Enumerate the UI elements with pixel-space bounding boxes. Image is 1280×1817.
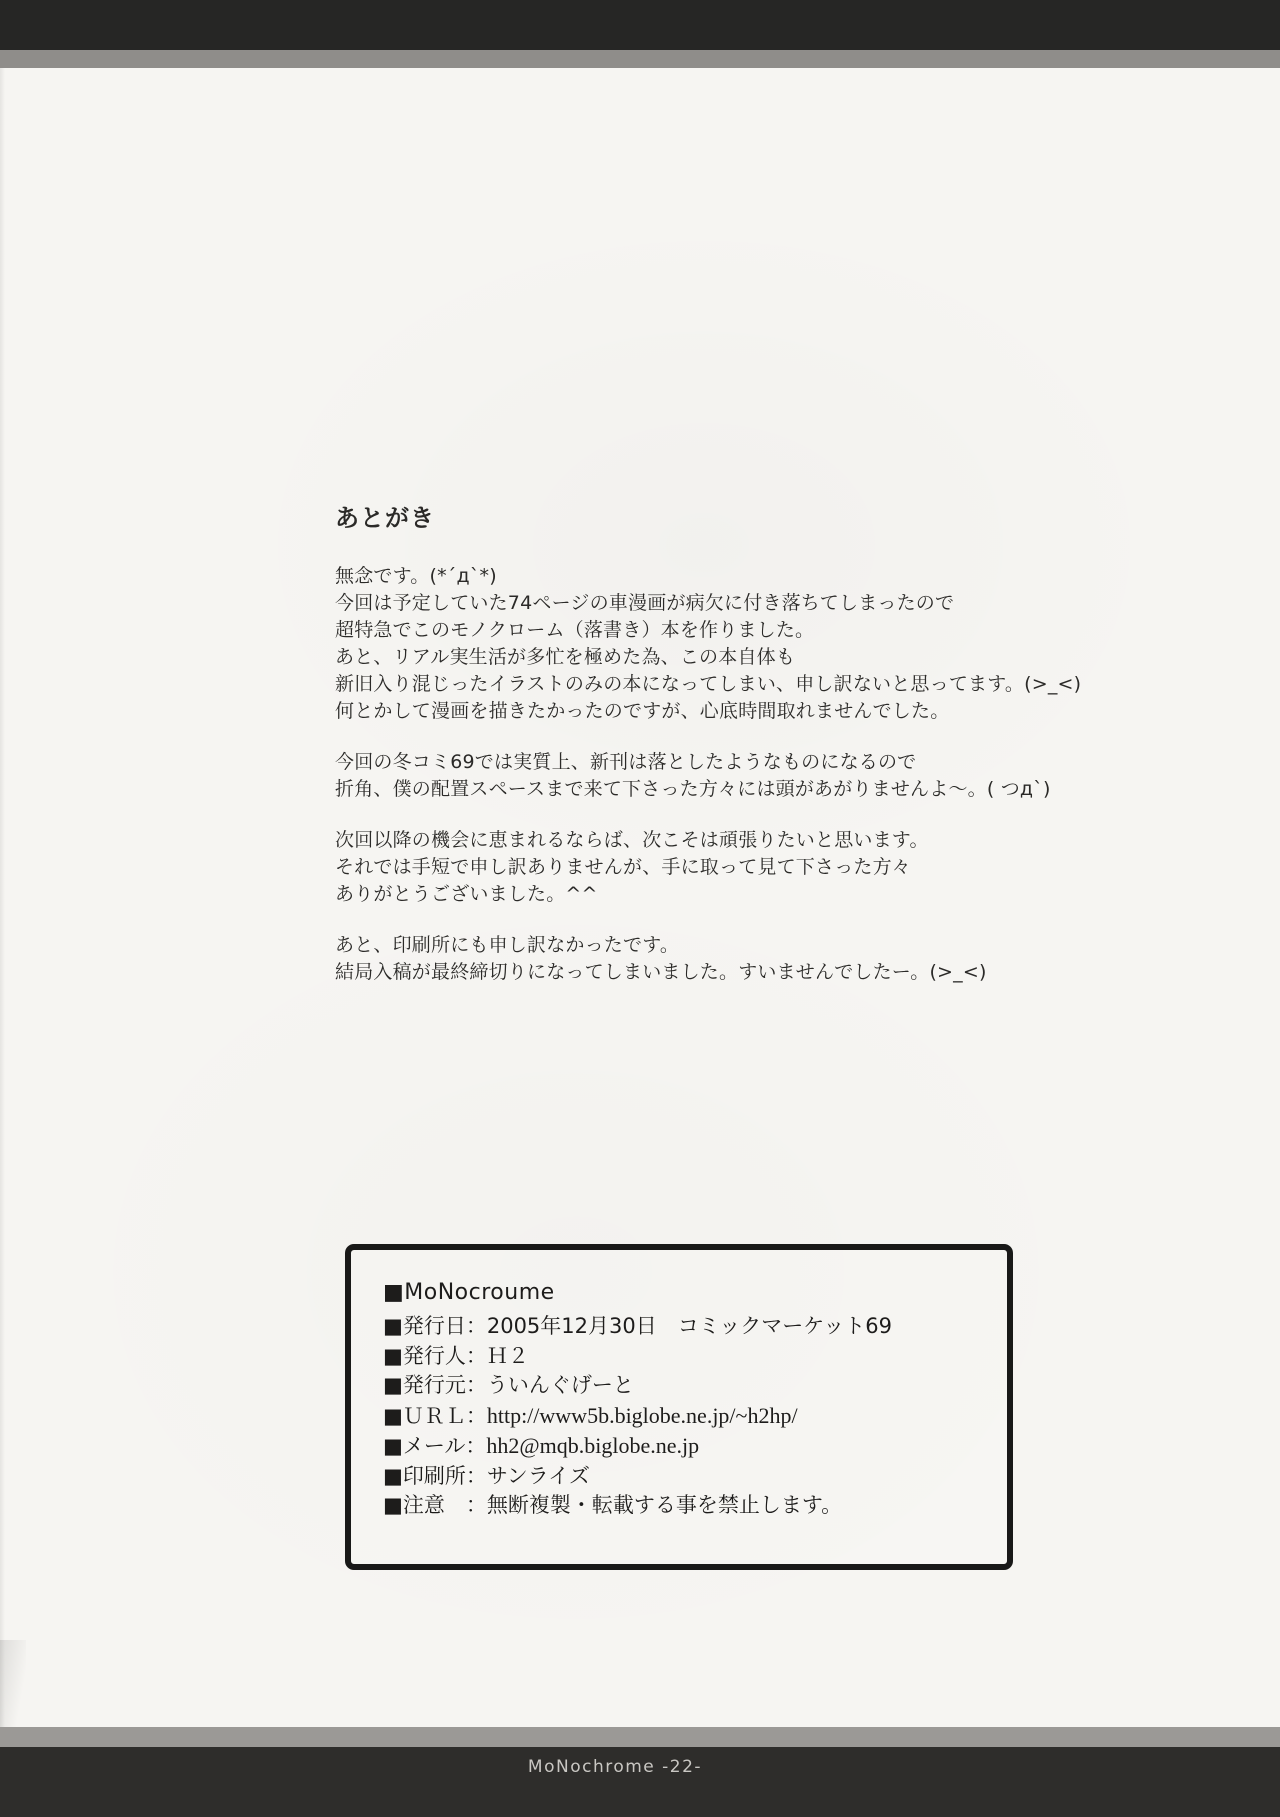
top-gray-strip: [0, 50, 1280, 68]
text-line: 折角、僕の配置スペースまで来て下さった方々には頭があがりませんよ～。( つд`): [335, 776, 1055, 803]
colophon-value: ういんぐげーと: [487, 1373, 634, 1397]
colophon-row-publisher: ■発行人：Ｈ２: [383, 1342, 1007, 1372]
text-line: あと、印刷所にも申し訳なかったです。: [335, 932, 1055, 959]
colophon-label: ■発行日：: [383, 1314, 487, 1338]
colophon-row-circle: ■発行元：ういんぐげーと: [383, 1371, 1007, 1401]
colophon-label: ■発行人：: [383, 1344, 487, 1368]
text-line: ありがとうございました。^^: [335, 881, 1055, 908]
bottom-scan-bar: MoNochrome -22-: [0, 1747, 1280, 1817]
text-line: 今回の冬コミ69では実質上、新刊は落としたようなものになるので: [335, 749, 1055, 776]
afterword-paragraph-4: あと、印刷所にも申し訳なかったです。 結局入稿が最終締切りになってしまいました。…: [335, 932, 1055, 986]
colophon-label: ■ＵＲＬ：: [383, 1404, 487, 1428]
colophon-label: ■印刷所：: [383, 1464, 487, 1488]
colophon-label: ■注意 ：: [383, 1493, 487, 1517]
colophon-row-notice: ■注意 ：無断複製・転載する事を禁止します。: [383, 1491, 1007, 1521]
colophon-row-email: ■メール：hh2@mqb.biglobe.ne.jp: [383, 1431, 1007, 1462]
text-line: 無念です。(*´д`*): [335, 563, 1055, 590]
text-line: 今回は予定していた74ページの車漫画が病欠に付き落ちてしまったので: [335, 590, 1055, 617]
left-edge-shadow: [0, 68, 5, 1727]
colophon-label: ■メール：: [383, 1434, 486, 1458]
colophon-url-value: http://www5b.biglobe.ne.jp/~h2hp/: [487, 1403, 798, 1428]
colophon-row-printer: ■印刷所：サンライズ: [383, 1462, 1007, 1492]
text-line: 超特急でこのモノクローム（落書き）本を作りました。: [335, 617, 1055, 644]
colophon-box: ■MoNocroume ■発行日：2005年12月30日 コミックマーケット69…: [345, 1244, 1013, 1570]
colophon-label: ■発行元：: [383, 1373, 487, 1397]
top-scan-bar: [0, 0, 1280, 50]
colophon-value: Ｈ２: [487, 1344, 529, 1368]
afterword-paragraph-3: 次回以降の機会に恵まれるならば、次こそは頑張りたいと思います。 それでは手短で申…: [335, 827, 1055, 908]
scanned-doujinshi-page: あとがき 無念です。(*´д`*) 今回は予定していた74ページの車漫画が病欠に…: [0, 0, 1280, 1817]
afterword-heading: あとがき: [335, 498, 1055, 533]
colophon-row-publish-date: ■発行日：2005年12月30日 コミックマーケット69: [383, 1312, 1007, 1342]
colophon-title: ■MoNocroume: [383, 1280, 1007, 1305]
footer-page-label: MoNochrome -22-: [528, 1757, 702, 1777]
text-line: 次回以降の機会に恵まれるならば、次こそは頑張りたいと思います。: [335, 827, 1055, 854]
colophon-value: 無断複製・転載する事を禁止します。: [487, 1493, 842, 1517]
bottom-gray-strip: [0, 1727, 1280, 1747]
colophon-value: 2005年12月30日 コミックマーケット69: [487, 1314, 892, 1338]
colophon-email-value: hh2@mqb.biglobe.ne.jp: [486, 1433, 699, 1458]
afterword-paragraph-2: 今回の冬コミ69では実質上、新刊は落としたようなものになるので 折角、僕の配置ス…: [335, 749, 1055, 803]
colophon-row-url: ■ＵＲＬ：http://www5b.biglobe.ne.jp/~h2hp/: [383, 1401, 1007, 1432]
text-line: それでは手短で申し訳ありませんが、手に取って見て下さった方々: [335, 854, 1055, 881]
text-line: 結局入稿が最終締切りになってしまいました。すいませんでしたー。(>_<): [335, 959, 1055, 986]
text-line: 何とかして漫画を描きたかったのですが、心底時間取れませんでした。: [335, 698, 1055, 725]
afterword-section: あとがき 無念です。(*´д`*) 今回は予定していた74ページの車漫画が病欠に…: [335, 498, 1055, 1010]
text-line: 新旧入り混じったイラストのみの本になってしまい、申し訳ないと思ってます。(>_<…: [335, 671, 1055, 698]
text-line: あと、リアル実生活が多忙を極めた為、この本自体も: [335, 644, 1055, 671]
afterword-paragraph-1: 無念です。(*´д`*) 今回は予定していた74ページの車漫画が病欠に付き落ちて…: [335, 563, 1055, 725]
colophon-value: サンライズ: [487, 1464, 590, 1488]
